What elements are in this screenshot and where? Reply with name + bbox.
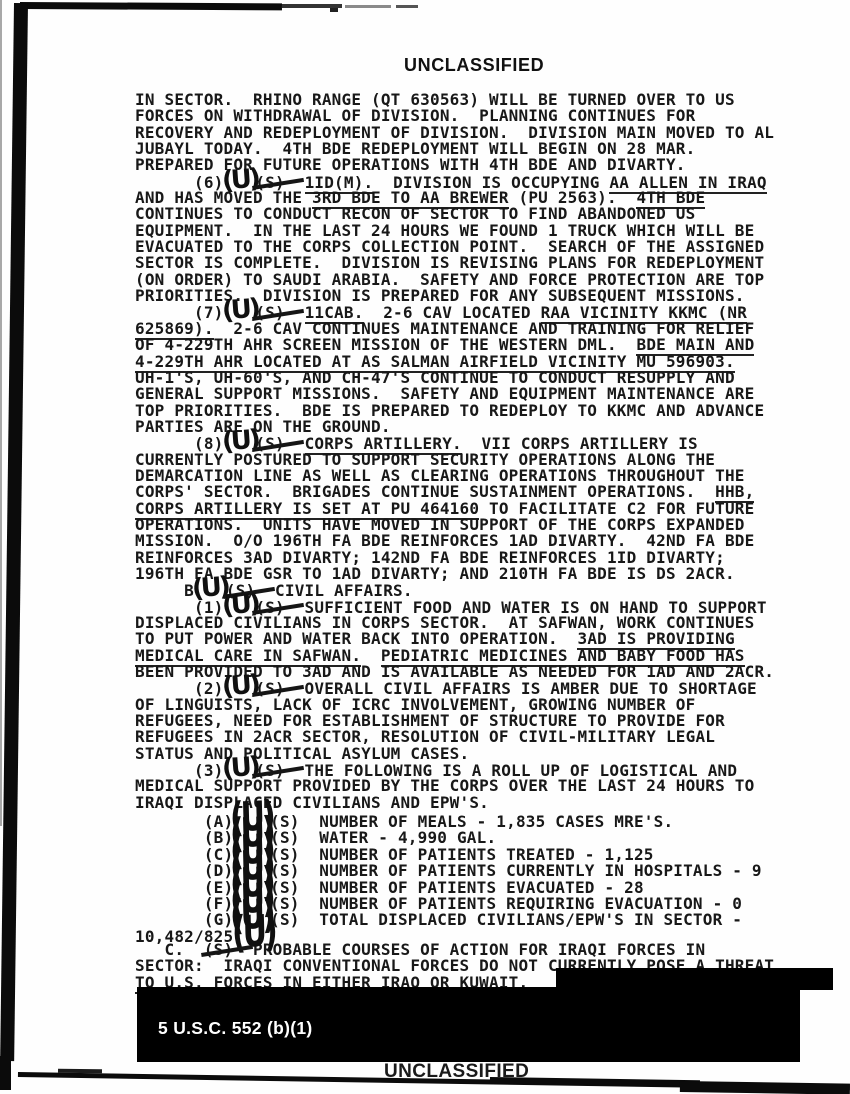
scan-edge-top-dash	[396, 5, 418, 8]
text-run: IRAQI DISPLACED CIVILIANS AND EPW'S.	[135, 793, 489, 812]
scan-edge-right-line	[0, 0, 2, 826]
text-run: PREPARED FOR FUTURE OPERATIONS WITH 4TH …	[135, 155, 686, 174]
struck-classification-mark: (S)	[255, 763, 285, 779]
scan-edge-top-tick	[330, 8, 338, 12]
struck-classification-mark: (S)	[255, 305, 285, 321]
text-line: 196TH FA BDE GSR TO 1AD DIVARTY; AND 210…	[135, 566, 835, 582]
scan-streak-line	[680, 1081, 850, 1094]
scan-streak-dash	[58, 1069, 102, 1074]
scanned-document-page: UNCLASSIFIED IN SECTOR. RHINO RANGE (QT …	[0, 0, 850, 1094]
text-run: PARTIES ARE ON THE GROUND.	[135, 417, 391, 436]
struck-classification-mark: (S)	[255, 436, 285, 452]
text-run: STATUS AND POLITICAL ASYLUM CASES.	[135, 744, 469, 763]
header-classification: UNCLASSIFIED	[404, 55, 544, 76]
foia-exemption-label: 5 U.S.C. 552 (b)(1)	[158, 1018, 312, 1039]
scan-edge-top-dash	[345, 5, 391, 8]
struck-classification-mark: (S)	[255, 681, 285, 697]
document-body: IN SECTOR. RHINO RANGE (QT 630563) WILL …	[135, 92, 835, 991]
struck-classification-mark: (S)	[204, 942, 234, 958]
struck-classification-mark: (S)	[255, 175, 285, 191]
redaction-block: 5 U.S.C. 552 (b)(1)	[137, 987, 800, 1062]
scan-edge-bottom-left-mark	[0, 1056, 11, 1090]
struck-classification-mark: (S)	[255, 600, 285, 616]
scan-edge-left-bar	[0, 3, 28, 1061]
scan-edge-top-bar	[20, 2, 282, 10]
handwritten-u-mark: (U)	[232, 922, 275, 943]
text-run: TOTAL DISPLACED CIVILIANS/EPW'S IN SECTO…	[300, 910, 742, 929]
